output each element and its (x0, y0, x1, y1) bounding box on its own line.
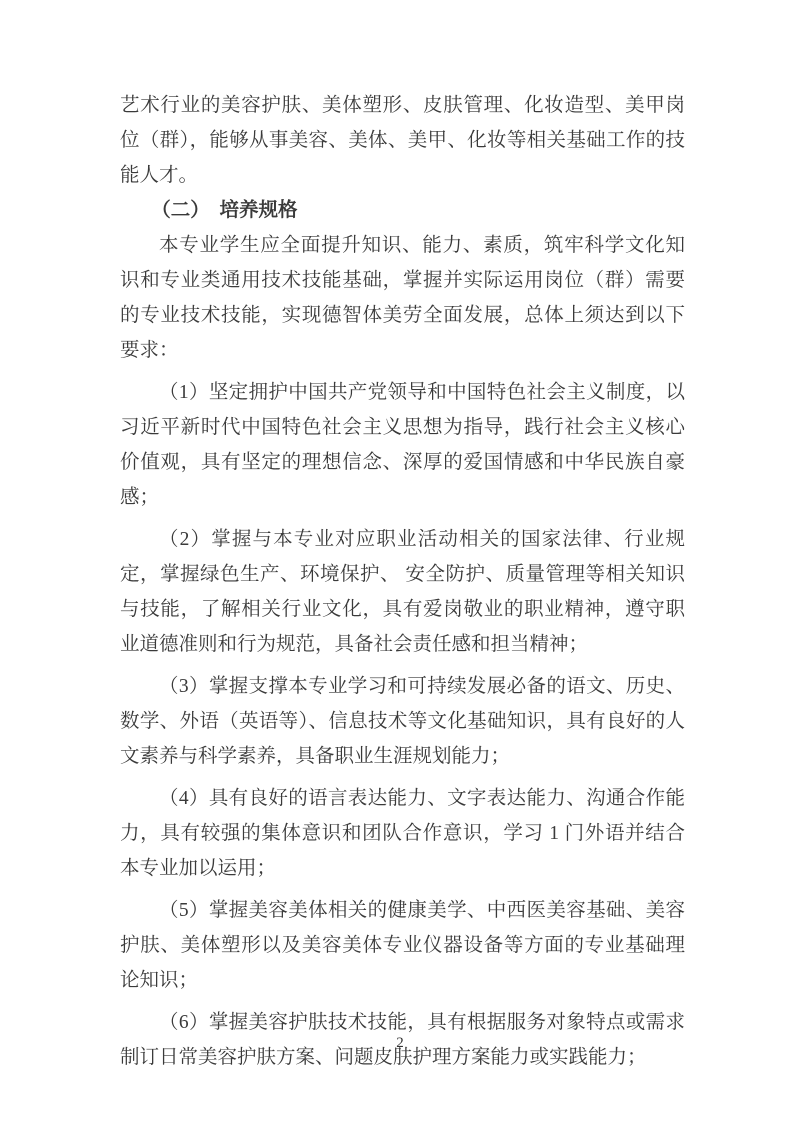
page-number: 2 (0, 1033, 800, 1053)
requirement-item-2: （2）掌握与本专业对应职业活动相关的国家法律、行业规定，掌握绿色生产、环境保护、… (120, 522, 685, 662)
requirement-item-1: （1）坚定拥护中国共产党领导和中国特色社会主义制度，以习近平新时代中国特色社会主… (120, 375, 685, 515)
requirement-item-4: （4）具有良好的语言表达能力、文字表达能力、沟通合作能力，具有较强的集体意识和团… (120, 781, 685, 886)
section-intro-paragraph: 本专业学生应全面提升知识、能力、素质，筑牢科学文化知识和专业类通用技术技能基础，… (120, 228, 685, 368)
document-page: 艺术行业的美容护肤、美体塑形、皮肤管理、化妆造型、美甲岗位（群），能够从事美容、… (0, 0, 800, 1131)
requirement-item-5: （5）掌握美容美体相关的健康美学、中西医美容基础、美容护肤、美体塑形以及美容美体… (120, 893, 685, 998)
requirement-item-3: （3）掌握支撑本专业学习和可持续发展必备的语文、历史、数学、外语（英语等）、信息… (120, 669, 685, 774)
page-content: 艺术行业的美容护肤、美体塑形、皮肤管理、化妆造型、美甲岗位（群），能够从事美容、… (120, 88, 685, 1075)
paragraph-continuation: 艺术行业的美容护肤、美体塑形、皮肤管理、化妆造型、美甲岗位（群），能够从事美容、… (120, 88, 685, 193)
section-heading: （二） 培养规格 (120, 193, 685, 228)
